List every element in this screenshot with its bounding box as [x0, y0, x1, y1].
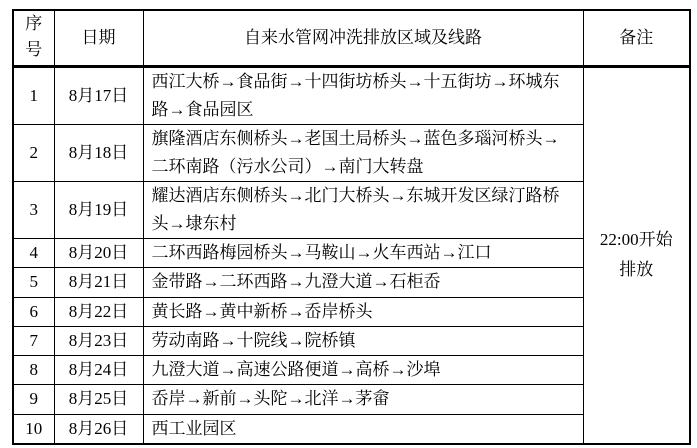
header-route: 自来水管网冲洗排放区域及线路	[143, 10, 583, 66]
row-no-cell: 8	[13, 355, 54, 384]
row-route-cell: 金带路→二环西路→九澄大道→石柜岙	[143, 267, 583, 297]
row-route-cell: 九澄大道→高速公路便道→高桥→沙埠	[143, 355, 583, 384]
row-route-cell: 黄长路→黄中新桥→岙岸桥头	[143, 297, 583, 326]
row-date-cell: 8月18日	[54, 124, 143, 181]
row-no-cell: 9	[13, 384, 54, 414]
row-route-cell: 旗隆酒店东侧桥头→老国土局桥头→蓝色多瑙河桥头→二环南路（污水公司）→南门大转盘	[143, 124, 583, 181]
row-date-cell: 8月20日	[54, 238, 143, 267]
remark-line-2: 排放	[584, 255, 690, 285]
remark-cell: 22:00开始 排放	[583, 66, 690, 444]
remark-line-1: 22:00开始	[584, 225, 690, 255]
row-route-cell: 岙岸→新前→头陀→北洋→茅畲	[143, 384, 583, 414]
row-no-cell: 7	[13, 326, 54, 355]
row-date-cell: 8月24日	[54, 355, 143, 384]
header-row: 序号 日期 自来水管网冲洗排放区域及线路 备注	[13, 10, 690, 66]
row-no-cell: 5	[13, 267, 54, 297]
row-no-cell: 10	[13, 414, 54, 444]
row-route-cell: 二环西路梅园桥头→马鞍山→火车西站→江口	[143, 238, 583, 267]
row-date-cell: 8月19日	[54, 181, 143, 238]
header-no-label: 序号	[24, 11, 44, 63]
row-date-cell: 8月26日	[54, 414, 143, 444]
row-route-cell: 耀达酒店东侧桥头→北门大桥头→东城开发区绿汀路桥头→埭东村	[143, 181, 583, 238]
row-route-cell: 西江大桥→食品街→十四街坊桥头→十五街坊→环城东路→食品园区	[143, 66, 583, 124]
row-date-cell: 8月23日	[54, 326, 143, 355]
row-no-cell: 3	[13, 181, 54, 238]
row-date-cell: 8月21日	[54, 267, 143, 297]
row-route-cell: 劳动南路→十院线→院桥镇	[143, 326, 583, 355]
row-date-cell: 8月17日	[54, 66, 143, 124]
flush-schedule-table: 序号 日期 自来水管网冲洗排放区域及线路 备注 1 8月17日 西江大桥→食品街…	[12, 9, 691, 445]
table-row: 1 8月17日 西江大桥→食品街→十四街坊桥头→十五街坊→环城东路→食品园区 2…	[13, 66, 690, 124]
header-remark: 备注	[583, 10, 690, 66]
row-no-cell: 2	[13, 124, 54, 181]
row-no-cell: 4	[13, 238, 54, 267]
header-date: 日期	[54, 10, 143, 66]
row-date-cell: 8月22日	[54, 297, 143, 326]
row-date-cell: 8月25日	[54, 384, 143, 414]
header-no: 序号	[13, 10, 54, 66]
row-route-cell: 西工业园区	[143, 414, 583, 444]
row-no-cell: 1	[13, 66, 54, 124]
row-no-cell: 6	[13, 297, 54, 326]
